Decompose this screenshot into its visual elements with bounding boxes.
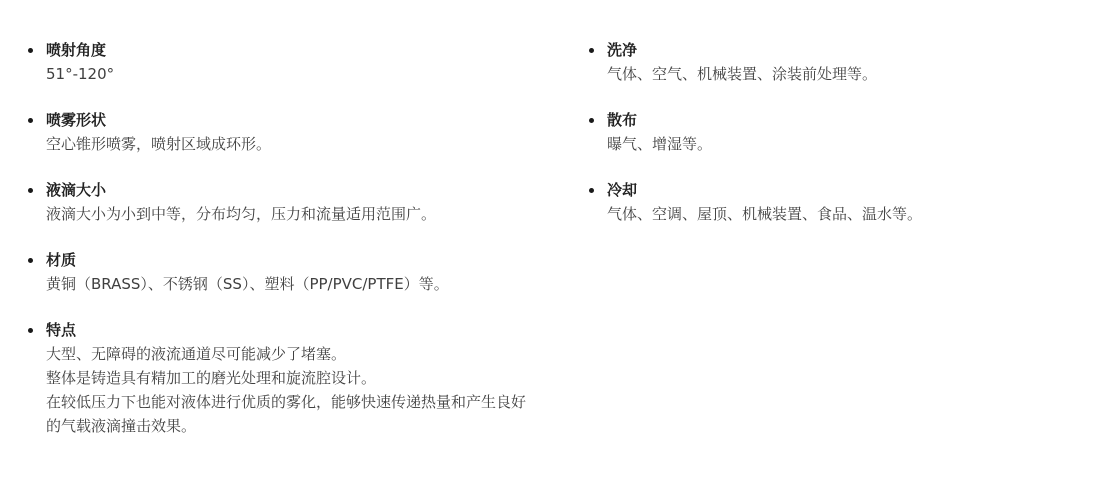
item-body: 液滴大小为小到中等，分布均匀，压力和流量适用范围广。: [46, 202, 561, 226]
item-title: 喷雾形状: [46, 108, 561, 132]
column-specs: 喷射角度 51°-120° 喷雾形状 空心锥形喷雾，喷射区域成环形。 液滴大小 …: [0, 38, 561, 460]
item-body: 曝气、增湿等。: [607, 132, 1112, 156]
list-item: 液滴大小 液滴大小为小到中等，分布均匀，压力和流量适用范围广。: [46, 178, 561, 226]
bullet-icon: [28, 118, 33, 123]
list-item: 特点 大型、无障碍的液流通道尽可能减少了堵塞。 整体是铸造具有精加工的磨光处理和…: [46, 318, 561, 438]
list-item: 散布 曝气、增湿等。: [607, 108, 1112, 156]
bullet-icon: [28, 258, 33, 263]
item-body: 空心锥形喷雾，喷射区域成环形。: [46, 132, 561, 156]
item-title: 特点: [46, 318, 561, 342]
item-title: 洗净: [607, 38, 1112, 62]
bullet-icon: [28, 188, 33, 193]
column-applications: 洗净 气体、空气、机械装置、涂装前处理等。 散布 曝气、增湿等。 冷却 气体、空…: [561, 38, 1112, 248]
item-body: 气体、空气、机械装置、涂装前处理等。: [607, 62, 1112, 86]
bullet-icon: [28, 48, 33, 53]
list-item: 喷射角度 51°-120°: [46, 38, 561, 86]
page: 喷射角度 51°-120° 喷雾形状 空心锥形喷雾，喷射区域成环形。 液滴大小 …: [0, 0, 1112, 460]
list-item: 洗净 气体、空气、机械装置、涂装前处理等。: [607, 38, 1112, 86]
list-item: 材质 黄铜（BRASS）、不锈钢（SS）、塑料（PP/PVC/PTFE）等。: [46, 248, 561, 296]
item-body: 51°-120°: [46, 62, 561, 86]
bullet-icon: [28, 328, 33, 333]
item-body: 黄铜（BRASS）、不锈钢（SS）、塑料（PP/PVC/PTFE）等。: [46, 272, 561, 296]
item-title: 液滴大小: [46, 178, 561, 202]
item-body: 气体、空调、屋顶、机械装置、食品、温水等。: [607, 202, 1112, 226]
item-title: 喷射角度: [46, 38, 561, 62]
list-item: 喷雾形状 空心锥形喷雾，喷射区域成环形。: [46, 108, 561, 156]
item-title: 材质: [46, 248, 561, 272]
list-item: 冷却 气体、空调、屋顶、机械装置、食品、温水等。: [607, 178, 1112, 226]
item-title: 冷却: [607, 178, 1112, 202]
item-body: 大型、无障碍的液流通道尽可能减少了堵塞。 整体是铸造具有精加工的磨光处理和旋流腔…: [46, 342, 561, 438]
bullet-icon: [589, 188, 594, 193]
bullet-icon: [589, 118, 594, 123]
bullet-icon: [589, 48, 594, 53]
item-title: 散布: [607, 108, 1112, 132]
